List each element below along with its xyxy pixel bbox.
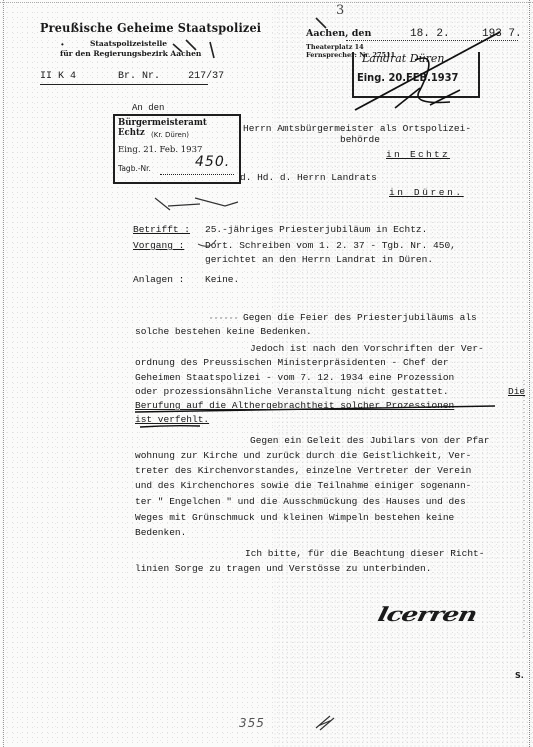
body-line-underlined: Die xyxy=(508,386,525,397)
dateline-year: 193 7. xyxy=(482,28,522,40)
initial-mark: S. xyxy=(515,671,524,680)
body-line: und des Kirchenchores sowie die Teilnahm… xyxy=(135,480,471,491)
recipient-via-place: in Düren. xyxy=(389,187,464,198)
body-line: Jedoch ist nach den Vorschriften der Ver… xyxy=(250,343,484,354)
stamp-bgm-tgb-line xyxy=(160,174,234,175)
stamp-buergermeisteramt-echtz: Bürgermeisteramt Echtz (Kr. Düren) Eing.… xyxy=(113,114,241,184)
subject-text: 25.-jähriges Priesterjubiläum in Echtz. xyxy=(205,224,427,235)
letterhead-title: Preußische Geheime Staatspolizei xyxy=(40,20,261,35)
body-line: Gegen ein Geleit des Jubilars von der Pf… xyxy=(250,435,489,446)
enclosures-label: Anlagen : xyxy=(133,274,205,285)
enclosures-text: Keine. xyxy=(205,274,239,285)
body-line: oder prozessionsähnliche Veranstaltung n… xyxy=(135,386,449,397)
body-line: Gegen die Feier des Priesterjubiläums al… xyxy=(243,312,477,323)
signature: lcerren xyxy=(376,604,479,627)
reference-label: Vorgang : xyxy=(133,240,205,251)
tgb-label: Br. Nr. xyxy=(118,71,160,82)
body-line: Bedenken. xyxy=(135,527,186,538)
body-line: wohnung zur Kirche und zurück durch die … xyxy=(135,450,471,461)
archive-page-number: 355 xyxy=(239,716,265,730)
reference-rule xyxy=(40,84,208,85)
reference-text-2: gerichtet an den Herrn Landrat in Düren. xyxy=(205,254,433,265)
recipient-line: Herrn Amtsbürgermeister als Ortspolizei- xyxy=(243,123,471,134)
body-line: ter " Engelchen " und die Ausschmückung … xyxy=(135,496,466,507)
dateline-dots xyxy=(346,40,518,41)
page-edge-top xyxy=(0,2,533,4)
stamp-bgm-district: (Kr. Düren) xyxy=(151,131,189,139)
stamp-bgm-tgb-label: Tagb.-Nr. xyxy=(118,164,151,173)
page-edge-left xyxy=(3,0,5,747)
enclosures-row: Anlagen :Keine. xyxy=(133,274,239,285)
stamp-bgm-tgb-value: 450. xyxy=(195,154,230,170)
reference-row: Vorgang :Dort. Schreiben vom 1. 2. 37 - … xyxy=(133,240,456,251)
dateline-date: 18. 2. xyxy=(410,28,450,40)
dateline-place: Aachen, den xyxy=(306,28,371,39)
body-line-underlined: Berufung auf die Althergebrachtheit solc… xyxy=(135,400,454,411)
body-line: ordnung des Preussischen Ministerpräside… xyxy=(135,357,449,368)
reference-number: II K 4 Br. Nr. 217/37 xyxy=(40,71,224,82)
sender-address: Theaterplatz 14 xyxy=(306,43,364,51)
letterhead-district: für den Regierungsbezirk Aachen xyxy=(60,49,201,58)
letterhead-subtitle: Staatspolizeistelle xyxy=(90,39,167,48)
reference-text: Dort. Schreiben vom 1. 2. 37 - Tgb. Nr. … xyxy=(205,240,456,251)
body-line: Weges mit Grünschmuck und kleinen Wimpel… xyxy=(135,512,454,523)
body-line: solche bestehen keine Bedenken. xyxy=(135,326,312,337)
body-line: linien Sorge zu tragen und Verstösse zu … xyxy=(135,563,431,574)
recipient-line-2: behörde xyxy=(340,134,380,145)
department-code: II K 4 xyxy=(40,71,76,82)
stamp-landrat-dueren: Landrat Düren Eing. 20.FEB.1937 xyxy=(352,52,480,98)
body-line: Geheimen Staatspolizei - vom 7. 12. 1934… xyxy=(135,372,454,383)
body-line: Ich bitte, für die Beachtung dieser Rich… xyxy=(245,548,484,559)
body-line-underlined: ist verfehlt. xyxy=(135,414,209,425)
subject-row: Betrifft :25.-jähriges Priesterjubiläum … xyxy=(133,224,427,235)
stamp-bgm-received: Eing. 21. Feb. 1937 xyxy=(118,145,202,155)
page-edge-right xyxy=(529,0,531,747)
subject-label: Betrifft : xyxy=(133,224,205,235)
recipient-place: in Echtz xyxy=(386,149,450,160)
stamp-landrat-received: Eing. 20.FEB.1937 xyxy=(357,71,458,84)
corner-mark: 3 xyxy=(336,3,344,18)
stamp-landrat-title: Landrat Düren xyxy=(362,52,444,65)
recipient-via: d. Hd. d. Herrn Landrats xyxy=(240,172,377,183)
stamp-addressee-prefix: An den xyxy=(132,103,164,113)
tgb-value: 217/37 xyxy=(188,71,224,82)
body-line: treter des Kirchenvorstandes, einzelne V… xyxy=(135,465,471,476)
